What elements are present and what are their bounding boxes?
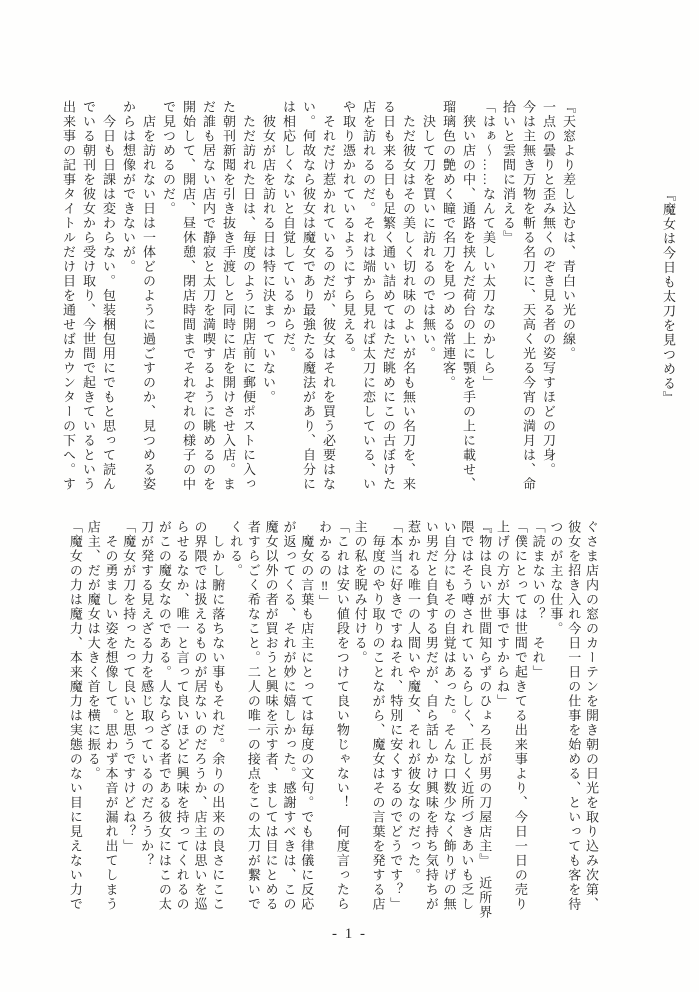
- text-column: わかるの‼」: [315, 520, 333, 922]
- novel-page: 『魔女は今日も太刀を見つめる』 『天窓より差し込むは、青白い光の線。一点の曇りと…: [0, 0, 699, 992]
- text-column: からは想像ができないが。: [118, 100, 138, 494]
- text-column: 魔女の言葉も店主にとっては毎度の文句。でも律儀に反応: [297, 520, 315, 922]
- text-column: 彼女を招き入れ今日一日の仕事を始める、といっても客を待: [564, 520, 582, 922]
- text-column: い。何故なら彼女は魔女であり最強たる魔法があり、自分に: [298, 100, 318, 494]
- text-column: 者すらごく希なこと。二人の唯一の接点をこの太刀が繋いで: [244, 520, 262, 922]
- text-column: 『天窓より差し込むは、青白い光の線。: [558, 100, 578, 494]
- text-column: 魔女以外の者が買おうと興味を示す者、ましては目にとめる: [262, 520, 280, 922]
- text-column: 開始して、開店、昼休憩、閉店時間までそれぞれの様子の中: [178, 100, 198, 494]
- text-column: い自分にもその自覚はあった。そんな口数少なく飾りげの無: [440, 520, 458, 922]
- text-column: 毎度のやり取りのことながら、魔女はその言葉を発する店: [369, 520, 387, 922]
- text-column: 瑠璃色の艶めく瞳で名刀を見つめる常連客。: [438, 100, 458, 494]
- text-column: 一点の曇りと歪み無くのぞき見る者の姿写すほどの刀身。: [538, 100, 558, 494]
- text-column: 上げの方が大事ですからね」: [493, 520, 511, 922]
- text-column: ただ彼女はその美しく切れ味のよいが名も無い名刀を、来: [398, 100, 418, 494]
- text-column: 「僕にとっては世間で起きてる出来事より、今日一日の売り: [511, 520, 529, 922]
- text-column: しかし腑に落ちない事もそれだ。余りの出来の良さにここ: [208, 520, 226, 922]
- top-text-columns: 『天窓より差し込むは、青白い光の線。一点の曇りと歪み無くのぞき見る者の姿写すほど…: [58, 100, 578, 494]
- text-column: ぐさま店内の窓のカーテンを開き朝の日光を取り込み次第、: [582, 520, 600, 922]
- text-column: 今日も日課は変わらない。包装梱包用にでもと思って読ん: [98, 100, 118, 494]
- text-column: 店を訪れない日は一体どのように過ごすのか、見つめる姿: [138, 100, 158, 494]
- text-column: の界隈では扱えるものが居ないのだろうか、店主は思いを巡: [191, 520, 209, 922]
- text-column: 『物は良いが世間知らずのひょろ長が男の刀屋店主』 近所界: [475, 520, 493, 922]
- bottom-text-columns: ぐさま店内の窓のカーテンを開き朝の日光を取り込み次第、彼女を招き入れ今日一日の仕…: [66, 520, 600, 922]
- text-column: ただ訪れた日は、毎度のように開店前に郵便ポストに入っ: [238, 100, 258, 494]
- text-column: 「魔女が刀を持ったって良いと思うですけどね？」: [119, 520, 137, 922]
- text-column: それだけ惹かれているのだが、彼女はそれを買う必要はな: [318, 100, 338, 494]
- text-column: つのが主な仕事。: [547, 520, 565, 922]
- text-column: その勇ましい姿を想像して。思わず本音が漏れ出てしまう: [102, 520, 120, 922]
- text-column: が返ってくる、それが妙に嬉しかった。感謝すべきは、この: [280, 520, 298, 922]
- top-text-block: 『魔女は今日も太刀を見つめる』 『天窓より差し込むは、青白い光の線。一点の曇りと…: [58, 100, 678, 494]
- text-column: る日も来る日も足繁く通い詰めてはただ眺めにこの古ぼけた: [378, 100, 398, 494]
- text-column: 拾いと雲間に消える』: [498, 100, 518, 494]
- text-column: 今は主無き万物を斬る名刀に、天高く光る今宵の満月は、命: [518, 100, 538, 494]
- story-title: 『魔女は今日も太刀を見つめる』: [658, 100, 678, 494]
- text-column: 狭い店の中、通路を挟んだ荷台の上に顎を手の上に載せ、: [458, 100, 478, 494]
- text-column: 決して刀を買いに訪れるのでは無い。: [418, 100, 438, 494]
- text-column: で見つめるのだ。: [158, 100, 178, 494]
- text-column: や取り憑かれているようにすら見える。: [338, 100, 358, 494]
- text-column: くれる。: [226, 520, 244, 922]
- text-column: 彼女が店を訪れる日は特に決まっていない。: [258, 100, 278, 494]
- text-column: 「魔女の力は魔力、本来魔力は実態のない目に見えない力で: [66, 520, 84, 922]
- text-column: は相応しくないと自覚しているからだ。: [278, 100, 298, 494]
- text-column: 隈ではそう噂されているらしく、正しく近所づきあいも乏し: [458, 520, 476, 922]
- bottom-text-block: ぐさま店内の窓のカーテンを開き朝の日光を取り込み次第、彼女を招き入れ今日一日の仕…: [66, 520, 600, 922]
- text-column: 「本当に好きですねそれ、特別に安くするのでどうです？」: [386, 520, 404, 922]
- text-column: 店を訪れるのだ。それは端から見れば太刀に恋している、い: [358, 100, 378, 494]
- page-number: - 1 -: [0, 926, 699, 943]
- text-column: 惹かれる唯一の人間いや魔女、それが彼女なのだった。: [404, 520, 422, 922]
- text-column: がこの魔女なのである。人ならざる者である彼女にはこの太: [155, 520, 173, 922]
- text-column: い男だと自負する男だが、自ら話しかけ興味を持ち気持ちが: [422, 520, 440, 922]
- text-column: 「読まないの？ それ」: [529, 520, 547, 922]
- text-column: 主の私を睨み付ける。: [351, 520, 369, 922]
- text-column: 出来事の記事タイトルだけ目を通せばカウンターの下へ。す: [58, 100, 78, 494]
- text-column: だ誰も居ない店内で静寂と太刀を満喫するように眺めるのを: [198, 100, 218, 494]
- text-column: 「はぁ〜……なんて美しい太刀なのかしら」: [478, 100, 498, 494]
- text-column: らせるなか、唯一と言って良いほどに興味を持ってくれるの: [173, 520, 191, 922]
- text-column: 店主、だが魔女は大きく首を横に振る。: [84, 520, 102, 922]
- text-column: 刀が発する見えざる力を感じ取っているのだろうか？: [137, 520, 155, 922]
- text-column: た朝刊新聞を引き抜き手渡しと同時に店を開けさせ入店。ま: [218, 100, 238, 494]
- text-column: 「これは安い値段をつけて良い物じゃない！ 何度言ったら: [333, 520, 351, 922]
- text-column: でいる朝刊を彼女から受け取り、今世間で起きているという: [78, 100, 98, 494]
